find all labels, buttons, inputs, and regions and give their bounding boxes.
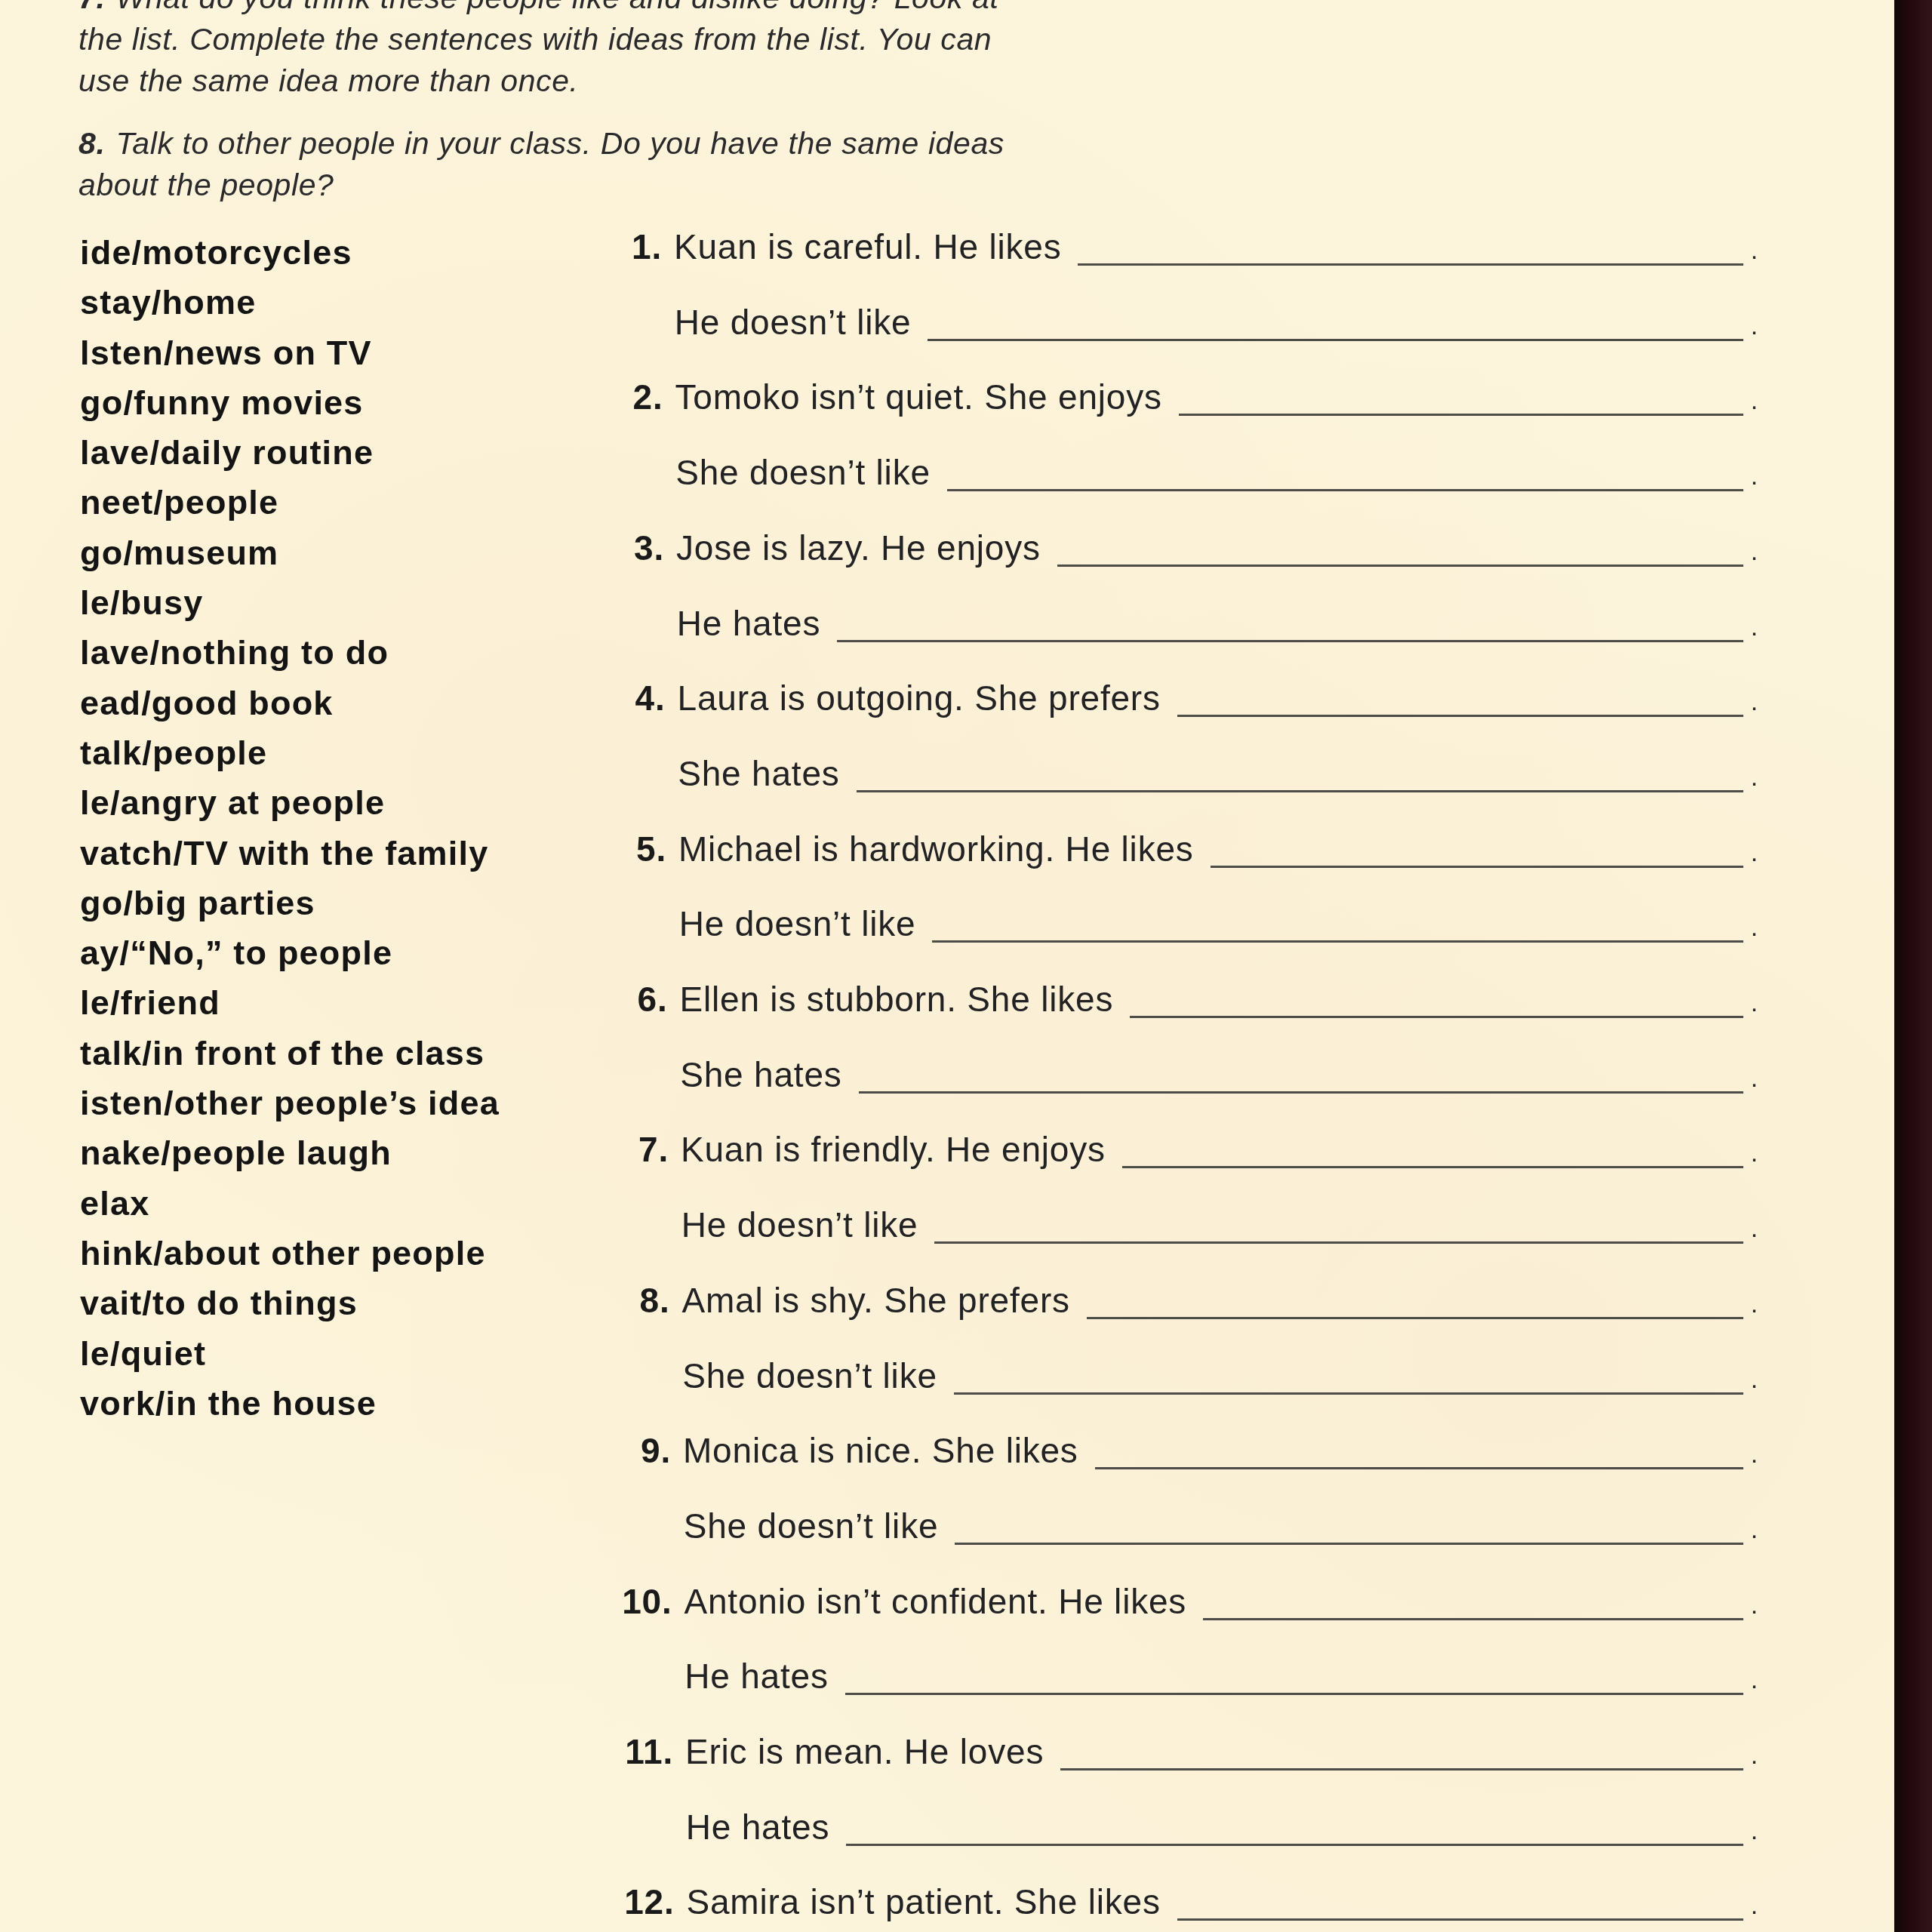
answer-blank[interactable] [954, 1392, 1743, 1395]
exercise-item: 6.Ellen is stubborn. She likes. [680, 979, 1759, 1024]
exercise-item: 12.Samira isn’t patient. She likes. [687, 1881, 1759, 1927]
exercise-item: 4.Laura is outgoing. She prefers. [678, 678, 1759, 723]
sentence-period: . [1751, 1290, 1758, 1319]
exercise-item: 9.Monica is nice. She likes. [683, 1430, 1758, 1475]
sentence-stem: Tomoko isn’t quiet. She enjoys [675, 377, 1162, 417]
sentence-stem: He hates [677, 603, 821, 644]
sentence-stem: Eric is mean. He loves [685, 1731, 1044, 1772]
answer-blank[interactable] [857, 790, 1743, 792]
exercise-item-followup: He doesn’t like. [675, 302, 1758, 347]
answer-blank[interactable] [1177, 1918, 1743, 1921]
sentence-stem: He hates [685, 1656, 829, 1697]
sentence-stem: Samira isn’t patient. She likes [687, 1881, 1161, 1922]
sentence-stem: Laura is outgoing. She prefers [678, 678, 1161, 718]
item-number: 12. [624, 1881, 674, 1922]
sentence-period: . [1751, 537, 1758, 567]
answer-blank[interactable] [1177, 715, 1743, 717]
sentence-period: . [1751, 1214, 1758, 1244]
answer-blank[interactable] [1087, 1317, 1743, 1319]
sentence-period: . [1751, 386, 1758, 416]
sentence-period: . [1751, 989, 1758, 1018]
answer-blank[interactable] [845, 1693, 1743, 1695]
sentence-period: . [1751, 1515, 1758, 1545]
sentence-stem: Michael is hardworking. He likes [678, 829, 1194, 869]
sentence-stem: Amal is shy. She prefers [682, 1280, 1070, 1321]
exercise-item: 7.Kuan is friendly. He enjoys. [681, 1129, 1758, 1174]
sentence-period: . [1751, 236, 1758, 266]
answer-blank[interactable] [1060, 1768, 1743, 1770]
exercise-item-followup: She hates. [678, 753, 1758, 798]
sentence-period: . [1751, 1064, 1758, 1094]
answer-blank[interactable] [1078, 263, 1743, 266]
sentence-stem: He doesn’t like [675, 302, 912, 343]
sentence-period: . [1751, 613, 1758, 642]
exercise-item-followup: He doesn’t like. [681, 1204, 1758, 1250]
answer-blank[interactable] [1130, 1016, 1743, 1018]
exercise-item-followup: He hates. [686, 1807, 1758, 1852]
sentence-stem: She doesn’t like [682, 1355, 937, 1396]
exercise-sentences: 1.Kuan is careful. He likes.He doesn’t l… [0, 0, 1894, 1932]
sentence-stem: She doesn’t like [684, 1506, 939, 1546]
answer-blank[interactable] [955, 1543, 1743, 1545]
answer-blank[interactable] [928, 339, 1743, 341]
answer-blank[interactable] [1211, 866, 1743, 868]
sentence-stem: He hates [686, 1807, 830, 1847]
sentence-period: . [1751, 1891, 1758, 1921]
item-number: 3. [634, 528, 664, 568]
sentence-period: . [1751, 913, 1758, 943]
item-number: 1. [632, 226, 662, 267]
sentence-period: . [1751, 838, 1758, 868]
exercise-item-followup: He hates. [677, 603, 1758, 648]
sentence-period: . [1751, 1817, 1758, 1846]
exercise-item-followup: She doesn’t like. [684, 1506, 1758, 1551]
sentence-period: . [1751, 1666, 1758, 1695]
item-number: 2. [633, 377, 663, 417]
answer-blank[interactable] [1057, 565, 1743, 567]
answer-blank[interactable] [934, 1241, 1743, 1244]
sentence-stem: Ellen is stubborn. She likes [680, 979, 1114, 1020]
sentence-stem: She hates [680, 1054, 841, 1095]
exercise-item: 2.Tomoko isn’t quiet. She enjoys. [675, 377, 1759, 422]
answer-blank[interactable] [1179, 414, 1743, 416]
sentence-period: . [1751, 1139, 1758, 1168]
exercise-item-followup: He doesn’t like. [679, 903, 1758, 949]
sentence-stem: She hates [678, 753, 839, 794]
exercise-item-followup: She doesn’t like. [682, 1355, 1758, 1401]
exercise-item: 10.Antonio isn’t confident. He likes. [685, 1581, 1759, 1626]
sentence-stem: Jose is lazy. He enjoys [676, 528, 1041, 568]
sentence-period: . [1751, 1440, 1758, 1469]
item-number: 4. [635, 678, 666, 718]
exercise-item-followup: He hates. [685, 1656, 1758, 1701]
exercise-item: 5.Michael is hardworking. He likes. [678, 829, 1758, 874]
sentence-stem: He doesn’t like [679, 903, 916, 944]
answer-blank[interactable] [859, 1091, 1743, 1094]
exercise-item-followup: She doesn’t like. [675, 452, 1758, 497]
sentence-period: . [1751, 763, 1758, 792]
answer-blank[interactable] [1122, 1166, 1743, 1168]
workbook-page: 7.What do you think these people like an… [0, 0, 1894, 1932]
sentence-stem: Antonio isn’t confident. He likes [685, 1581, 1187, 1622]
sentence-stem: Kuan is careful. He likes [674, 226, 1061, 267]
answer-blank[interactable] [947, 489, 1743, 491]
exercise-item: 3.Jose is lazy. He enjoys. [676, 528, 1758, 573]
book-binding-edge [1894, 0, 1932, 1932]
item-number: 9. [641, 1430, 671, 1471]
answer-blank[interactable] [1203, 1618, 1743, 1620]
item-number: 10. [622, 1581, 672, 1622]
answer-blank[interactable] [932, 940, 1743, 943]
answer-blank[interactable] [837, 640, 1743, 642]
sentence-period: . [1751, 462, 1758, 491]
sentence-period: . [1751, 1741, 1758, 1770]
exercise-item: 1.Kuan is careful. He likes. [674, 226, 1758, 272]
item-number: 5. [636, 829, 666, 869]
item-number: 6. [638, 979, 668, 1020]
sentence-stem: She doesn’t like [675, 452, 931, 493]
sentence-stem: He doesn’t like [681, 1204, 918, 1245]
item-number: 8. [640, 1280, 670, 1321]
sentence-period: . [1751, 688, 1758, 717]
sentence-stem: Monica is nice. She likes [683, 1430, 1078, 1471]
sentence-period: . [1751, 312, 1758, 341]
item-number: 7. [638, 1129, 669, 1170]
sentence-period: . [1751, 1365, 1758, 1395]
answer-blank[interactable] [1095, 1467, 1743, 1469]
sentence-period: . [1751, 1591, 1758, 1620]
answer-blank[interactable] [846, 1844, 1743, 1846]
exercise-item: 11.Eric is mean. He loves. [685, 1731, 1758, 1777]
sentence-stem: Kuan is friendly. He enjoys [681, 1129, 1106, 1170]
exercise-item: 8.Amal is shy. She prefers. [682, 1280, 1759, 1325]
exercise-item-followup: She hates. [680, 1054, 1758, 1100]
item-number: 11. [625, 1731, 673, 1772]
